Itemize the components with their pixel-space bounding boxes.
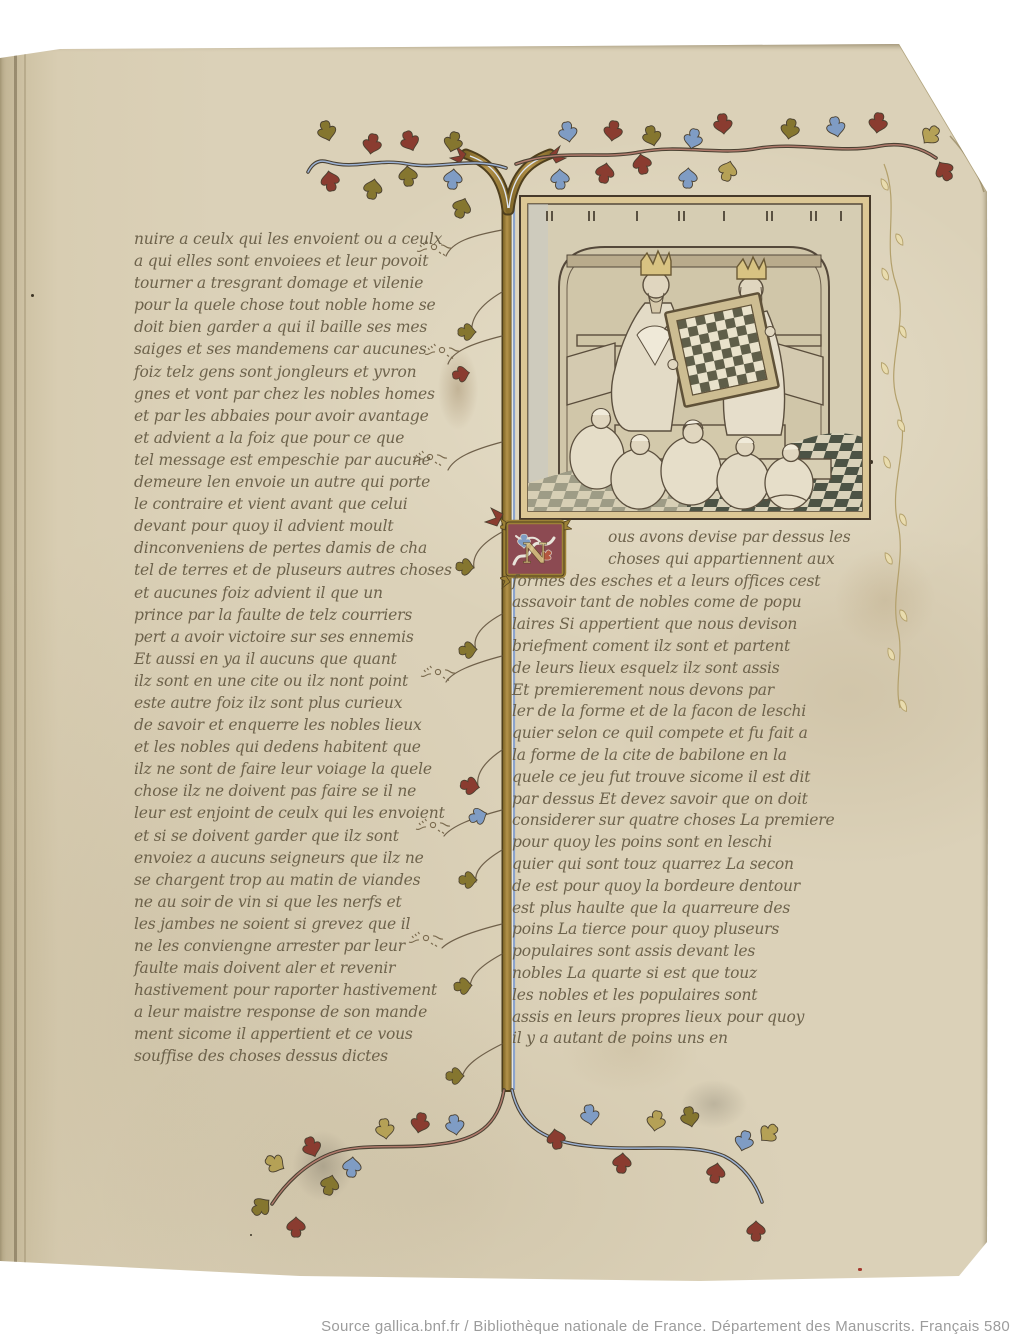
text-line: considerer sur quatre choses La premiere — [512, 810, 842, 832]
text-line: par dessus Et devez savoir que on doit — [512, 789, 842, 811]
manuscript-page: N nuire a ceulx qui les envoient ou a ce… — [0, 44, 988, 1294]
text-line: quier qui sont touz quarrez La secon — [512, 854, 842, 876]
text-line: pert a avoir victoire sur ses ennemis — [134, 626, 440, 648]
text-line: saiges et ses mandemens car aucunes — [134, 338, 440, 360]
text-line: et les nobles qui dedens habitent que — [134, 736, 440, 758]
text-line: de est pour quoy la bordeure dentour — [512, 876, 842, 898]
text-line: il y a autant de poins uns en — [512, 1028, 842, 1050]
text-line: de leurs lieux esquelz ilz sont assis — [512, 658, 842, 680]
text-line: a leur maistre response de son mande — [134, 1001, 440, 1023]
text-line: prince par la faulte de telz courriers — [134, 604, 440, 626]
text-line: poins La tierce pour quoy pluseurs — [512, 919, 842, 941]
text-line: ler de la forme et de la facon de leschi — [512, 701, 842, 723]
text-line: ment sicome il appertient et ce vous — [134, 1023, 440, 1045]
text-line: tourner a tresgrant domage et vilenie — [134, 272, 440, 294]
text-line: Et aussi en ya il aucuns que quant — [134, 648, 440, 670]
text-line: les nobles et les populaires sont — [512, 985, 842, 1007]
text-line: faulte mais doivent aler et revenir — [134, 957, 440, 979]
text-line: Et premierement nous devons par — [512, 680, 842, 702]
text-column-left: nuire a ceulx qui les envoient ou a ceul… — [134, 228, 440, 1068]
text-column-right: ous avons devise par dessus leschoses qu… — [512, 527, 842, 1050]
text-line: demeure len envoie un autre qui porte — [134, 471, 440, 493]
text-line: devant pour quoy il advient moult — [134, 515, 440, 537]
text-line: choses qui appartiennent aux — [512, 549, 842, 571]
text-line: et si se doivent garder que ilz sont — [134, 825, 440, 847]
text-line: pour quoy les poins sont en leschi — [512, 832, 842, 854]
source-caption: Source gallica.bnf.fr / Bibliothèque nat… — [321, 1318, 1010, 1335]
text-line: briefment coment ilz sont et partent — [512, 636, 842, 658]
text-line: nobles La quarte si est que touz — [512, 963, 842, 985]
text-line: laires Si appertient que nous devison — [512, 614, 842, 636]
text-line: pour la quele chose tout noble home se — [134, 294, 440, 316]
text-line: est plus haulte que la quarreure des — [512, 898, 842, 920]
text-line: et advient a la foiz que pour ce que — [134, 427, 440, 449]
text-line: de savoir et enquerre les nobles lieux — [134, 714, 440, 736]
text-line: le contraire et vient avant que celui — [134, 493, 440, 515]
text-line: quele ce jeu fut trouve sicome il est di… — [512, 767, 842, 789]
text-line: ous avons devise par dessus les — [512, 527, 842, 549]
text-line: quier selon ce quil compete et fu fait a — [512, 723, 842, 745]
bottom-vine — [248, 1090, 783, 1241]
text-line: dinconveniens de pertes damis de cha — [134, 537, 440, 559]
text-line: les jambes ne soient si grevez que il — [134, 913, 440, 935]
text-line: et aucunes foiz advient il que un — [134, 582, 440, 604]
text-line: et par les abbaies pour avoir avantage — [134, 405, 440, 427]
text-line: souffise des choses dessus dictes — [134, 1045, 440, 1067]
text-line: formes des esches et a leurs offices ces… — [512, 571, 842, 593]
text-line: chose ilz ne doivent pas faire se il ne — [134, 780, 440, 802]
text-line: ilz ne sont de faire leur voiage la quel… — [134, 758, 440, 780]
text-line: la forme de la cite de babilone en la — [512, 745, 842, 767]
text-line: doit bien garder a qui il baille ses mes — [134, 316, 440, 338]
text-line: gnes et vont par chez les nobles homes — [134, 383, 440, 405]
text-line: tel message est empeschie par aucune — [134, 449, 440, 471]
text-line: assavoir tant de nobles come de popu — [512, 592, 842, 614]
miniature-chess-scene — [519, 195, 871, 520]
text-line: a qui elles sont envoiees et leur povoit — [134, 250, 440, 272]
caption-bar: Source gallica.bnf.fr / Bibliothèque nat… — [0, 1312, 1024, 1344]
text-line: ne les conviengne arrester par leur — [134, 935, 440, 957]
text-line: ilz sont en une cite ou ilz nont point — [134, 670, 440, 692]
text-line: assis en leurs propres lieux pour quoy — [512, 1007, 842, 1029]
text-line: populaires sont assis devant les — [512, 941, 842, 963]
text-line: ne au soir de vin si que les nerfs et — [134, 891, 440, 913]
text-line: se chargent trop au matin de viandes — [134, 869, 440, 891]
text-line: envoiez a aucuns seigneurs que ilz ne — [134, 847, 440, 869]
scan-background: N nuire a ceulx qui les envoient ou a ce… — [0, 0, 1024, 1344]
text-line: hastivement pour raporter hastivement — [134, 979, 440, 1001]
text-line: nuire a ceulx qui les envoient ou a ceul… — [134, 228, 440, 250]
text-line: foiz telz gens sont jongleurs et yvron — [134, 361, 440, 383]
text-line: este autre foiz ilz sont plus curieux — [134, 692, 440, 714]
text-line: tel de terres et de pluseurs autres chos… — [134, 559, 440, 581]
text-line: leur est enjoint de ceulx qui les envoie… — [134, 802, 440, 824]
